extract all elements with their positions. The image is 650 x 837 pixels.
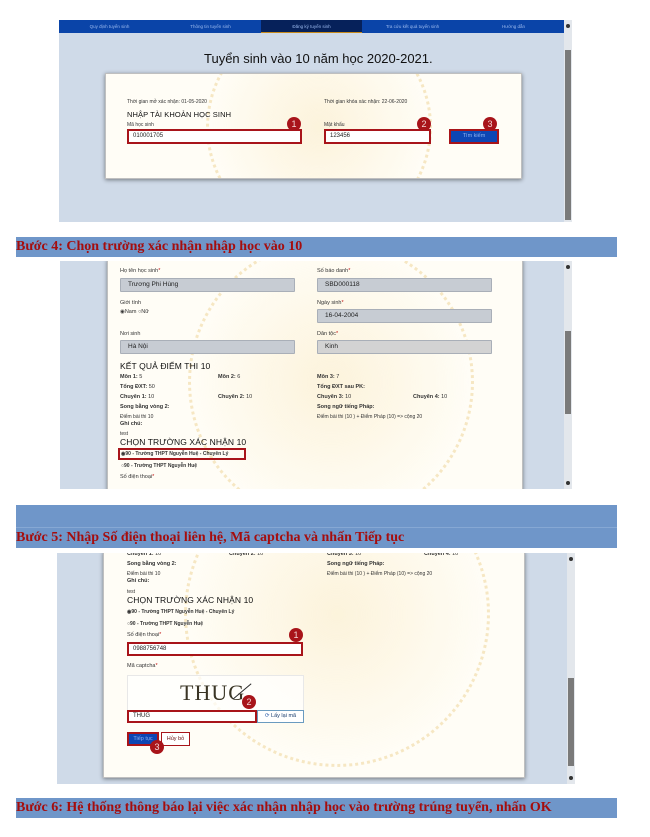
scroll-up-icon[interactable] <box>566 24 570 28</box>
birthplace-label: Nơi sinh <box>120 331 140 337</box>
score-chuyen4: Chuyên 4: 10 <box>413 394 447 400</box>
step5-screenshot: Chuyên 1: 10 Chuyên 2: 10 Chuyên 3: 10 C… <box>57 553 575 784</box>
phone-input[interactable]: 0988756748 <box>127 642 303 656</box>
song-bang-value: Điểm bài thi 10 <box>127 571 160 577</box>
captcha-text: THUG <box>180 680 245 706</box>
step4-screenshot: Họ tên học sinh* Trương Phi Hùng Số báo … <box>60 261 572 489</box>
search-button[interactable]: Tìm kiếm <box>449 129 499 144</box>
confirm-card: Chuyên 1: 10 Chuyên 2: 10 Chuyên 3: 10 C… <box>103 553 525 778</box>
score-tong-pk: Tổng ĐXT sau PK: <box>317 384 365 390</box>
password-input[interactable]: 123456 <box>324 129 431 144</box>
note-label: Ghi chú: <box>120 421 142 427</box>
score-mon1: Môn 1: 5 <box>120 374 142 380</box>
close-time: Thời gian khóa xác nhận: 22-06-2020 <box>324 99 407 105</box>
login-card: Thời gian mở xác nhận: 01-05-2020 Thời g… <box>105 73 522 179</box>
gender-label: Giới tính <box>120 300 141 306</box>
school-option-1[interactable]: ◉90 - Trường THPT Nguyễn Huệ - Chuyên Lý <box>127 609 234 615</box>
login-screenshot: Quy định tuyển sinh Thông tin tuyển sinh… <box>59 20 572 222</box>
score-chuyen2: Chuyên 2: 10 <box>229 553 263 557</box>
step-badge-3: 3 <box>483 117 497 131</box>
score-chuyen1: Chuyên 1: 10 <box>127 553 161 557</box>
dob-label: Ngày sinh* <box>317 300 344 306</box>
score-chuyen4: Chuyên 4: 10 <box>424 553 458 557</box>
scroll-thumb[interactable] <box>568 678 574 766</box>
dob-field[interactable]: 16-04-2004 <box>317 309 492 323</box>
score-tong: Tổng ĐXT: 50 <box>120 384 155 390</box>
score-chuyen3: Chuyên 3: 10 <box>327 553 361 557</box>
page-title: Tuyển sinh vào 10 năm học 2020-2021. <box>204 51 433 66</box>
nav-huong-dan[interactable]: Hướng dẫn <box>463 20 564 33</box>
song-bang-value: Điểm bài thi 10 <box>120 414 153 420</box>
cancel-button[interactable]: Hủy bỏ <box>161 732 190 746</box>
score-chuyen1: Chuyên 1: 10 <box>120 394 154 400</box>
song-ngu-label: Song ngữ tiếng Pháp: <box>317 404 374 410</box>
nav-tra-cuu[interactable]: Tra cứu kết quả tuyển sinh <box>362 20 463 33</box>
step-badge-2: 2 <box>242 695 256 709</box>
school-option-2[interactable]: ○90 - Trường THPT Nguyễn Huệ <box>121 463 197 469</box>
choose-school-title: CHỌN TRƯỜNG XÁC NHẬN 10 <box>127 595 253 605</box>
birthplace-field[interactable]: Hà Nội <box>120 340 295 354</box>
song-ngu-label: Song ngữ tiếng Pháp: <box>327 561 384 567</box>
song-bang-label: Song bằng vòng 2: <box>127 561 177 567</box>
school-option-2[interactable]: ○90 - Trường THPT Nguyễn Huệ <box>127 621 203 627</box>
score-mon3: Môn 3: 7 <box>317 374 339 380</box>
results-title: KẾT QUẢ ĐIỂM THI 10 <box>120 361 210 371</box>
full-name-label: Họ tên học sinh* <box>120 268 160 274</box>
top-nav: Quy định tuyển sinh Thông tin tuyển sinh… <box>59 20 564 33</box>
step-badge-1: 1 <box>289 628 303 642</box>
ethnic-label: Dân tộc* <box>317 331 338 337</box>
captcha-image: THUG <box>127 675 304 715</box>
password-label: Mật khẩu <box>324 122 345 128</box>
step6-banner-text: Bước 6: Hệ thống thông báo lại việc xác … <box>16 800 552 815</box>
step-badge-2: 2 <box>417 117 431 131</box>
refresh-icon: ⟳ <box>265 713 270 719</box>
open-time: Thời gian mở xác nhận: 01-05-2020 <box>127 99 207 105</box>
scrollbar[interactable] <box>567 553 575 784</box>
full-name-field[interactable]: Trương Phi Hùng <box>120 278 295 292</box>
step4-banner-text: Bước 4: Chọn trường xác nhận nhập học và… <box>16 239 302 254</box>
nav-quy-dinh[interactable]: Quy định tuyển sinh <box>59 20 160 33</box>
captcha-label: Mã captcha* <box>127 663 158 669</box>
song-ngu-value: Điểm bài thi (10 ) + Điểm Pháp (10) => c… <box>317 414 422 420</box>
phone-label: Số điện thoại* <box>127 632 161 638</box>
scrollbar[interactable] <box>564 20 572 222</box>
step6-banner: Bước 6: Hệ thống thông báo lại việc xác … <box>16 798 617 818</box>
phone-label: Số điện thoại* <box>120 474 154 480</box>
captcha-input[interactable]: THUG <box>127 710 257 723</box>
scroll-down-icon[interactable] <box>569 776 573 780</box>
info-card: Họ tên học sinh* Trương Phi Hùng Số báo … <box>107 261 523 489</box>
section-title: NHẬP TÀI KHOẢN HỌC SINH <box>127 110 231 119</box>
scroll-thumb[interactable] <box>565 50 571 220</box>
step4-banner: Bước 4: Chọn trường xác nhận nhập học và… <box>16 237 617 257</box>
step5-banner: Bước 5: Nhập Số điện thoại liên hệ, Mã c… <box>16 505 617 548</box>
emblem-watermark <box>206 73 432 179</box>
scroll-down-icon[interactable] <box>566 481 570 485</box>
score-mon2: Môn 2: 6 <box>218 374 240 380</box>
student-code-input[interactable]: 010001705 <box>127 129 302 144</box>
sbd-field[interactable]: SBD000118 <box>317 278 492 292</box>
song-ngu-value: Điểm bài thi (10 ) + Điểm Pháp (10) => c… <box>327 571 432 577</box>
sbd-label: Số báo danh* <box>317 268 350 274</box>
scroll-up-icon[interactable] <box>569 557 573 561</box>
scroll-thumb[interactable] <box>565 331 571 414</box>
choose-school-title: CHỌN TRƯỜNG XÁC NHẬN 10 <box>120 437 246 447</box>
scrollbar[interactable] <box>564 261 572 489</box>
ethnic-field[interactable]: Kinh <box>317 340 492 354</box>
gender-radio-group[interactable]: ◉Nam ○Nữ <box>120 309 149 315</box>
step-badge-3: 3 <box>150 740 164 754</box>
emblem-watermark <box>184 553 490 767</box>
score-chuyen3: Chuyên 3: 10 <box>317 394 351 400</box>
step5-banner-text: Bước 5: Nhập Số điện thoại liên hệ, Mã c… <box>16 528 404 548</box>
student-code-label: Mã học sinh <box>127 122 154 128</box>
school-option-1[interactable]: ◉90 - Trường THPT Nguyễn Huệ - Chuyên Lý <box>121 451 228 457</box>
nav-thong-tin[interactable]: Thông tin tuyển sinh <box>160 20 261 33</box>
refresh-captcha-button[interactable]: ⟳ Lấy lại mã <box>257 710 304 723</box>
score-chuyen2: Chuyên 2: 10 <box>218 394 252 400</box>
step-badge-1: 1 <box>287 117 301 131</box>
note-label: Ghi chú: <box>127 578 149 584</box>
scroll-up-icon[interactable] <box>566 265 570 269</box>
song-bang-label: Song bằng vòng 2: <box>120 404 170 410</box>
nav-dang-ky[interactable]: Đăng ký tuyển sinh <box>261 20 362 33</box>
